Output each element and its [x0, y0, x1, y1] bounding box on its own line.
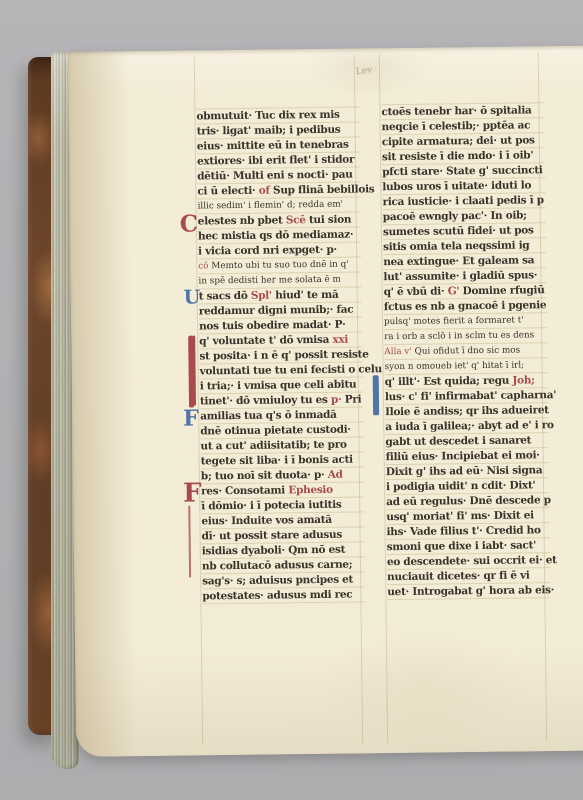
text-segment: ci ū electi·: [197, 185, 258, 198]
text-segment: rica iusticie· i claati pedis ī p: [382, 194, 543, 208]
text-column-left: obmutuit· Tuc dix rex mistris· ligat' ma…: [196, 106, 365, 604]
text-segment: pulsq' motes fierit a formaret t': [384, 315, 524, 327]
text-segment: Domine rfugiū: [463, 284, 545, 297]
initial-letter: U: [184, 287, 201, 308]
rubric-segment: G': [448, 285, 463, 297]
initial-letter: F: [183, 480, 201, 506]
text-segment: lubos uros ī uitate· iduti lo: [382, 179, 531, 193]
text-segment: Qui ofidut ī dno sic mos: [415, 346, 521, 357]
text-segment: filiū eius· Incipiebat ei moi·: [386, 449, 540, 463]
text-segment: obmutuit· Tuc dix rex mis: [196, 109, 339, 123]
initial-letter: F: [183, 407, 199, 430]
text-segment: extiores· ibi erit flet' i stidor: [197, 154, 354, 168]
text-segment: lus· c' fi' infirmabat' capharna': [385, 389, 556, 403]
text-segment: dī· ut possit stare adusus: [202, 529, 342, 543]
rubric-segment: Scē: [286, 214, 309, 226]
text-segment: lut' assumite· i gladiū spus·: [383, 269, 537, 283]
text-segment: in spē dedisti her me solata ē m: [198, 275, 340, 287]
rubric-segment: Spl': [251, 290, 275, 302]
rubric-segment: of: [259, 185, 273, 197]
text-segment: i tria;· i vmisa que celi abitu: [200, 379, 357, 393]
text-segment: res· Consotami: [201, 484, 288, 497]
initial-letter: C: [180, 211, 198, 236]
text-segment: tris· ligat' maib; i pedibus: [197, 124, 341, 138]
text-segment: Dixit g' ihs ad eū· Nisi signa: [386, 464, 543, 478]
text-segment: ut a cut' adiisitatib; te pro: [200, 439, 346, 453]
text-segment: nb collutacō adusus carne;: [202, 559, 352, 573]
text-segment: eius· Induite vos amatā: [201, 514, 332, 528]
text-column-right: ctoēs tenebr har· ō spitalianeqcie ī cel…: [381, 102, 550, 600]
text-segment: nos tuis obedire madat· P·: [199, 319, 346, 333]
text-segment: dnē otinua pietate custodi·: [200, 424, 351, 438]
rubric-segment: cō: [198, 261, 211, 271]
text-segment: gabt ut descedet i sanaret: [385, 434, 531, 448]
rubric-segment: Ad: [328, 469, 343, 481]
text-segment: Iloie ē andiss; qr ihs adueiret: [385, 404, 549, 418]
text-segment: hiud' te mā: [275, 289, 338, 302]
text-segment: t sacs dō: [199, 290, 251, 303]
pencil-inscription: Lev: [355, 65, 372, 77]
text-segment: st posita· i n ē q' possit resiste: [199, 348, 368, 362]
text-segment: voluntati tue tu eni fecisti o celu: [200, 363, 382, 377]
text-segment: ī dōmio· i ī potecia iutitis: [201, 499, 341, 513]
text-segment: elestes nb pbet: [198, 214, 286, 227]
initial-letter: I: [373, 375, 379, 415]
text-segment: q' illt'· Est quida; regu: [385, 375, 513, 389]
text-segment: uet· Introgabat g' hora ab eis·: [387, 584, 554, 598]
text-segment: nea extingue· Et galeam sa: [383, 254, 534, 268]
text-segment: i vicia cord nri expget· p·: [198, 244, 337, 258]
text-segment: usq' moriat' fi' ms· Dixit ei: [386, 509, 534, 523]
text-segment: eo descendete· sui occrit ei· et: [387, 554, 557, 568]
text-segment: reddamur digni munib;· fac: [199, 304, 354, 318]
text-segment: tegete sit liba· i ī bonis acti: [201, 454, 353, 468]
text-segment: amilias tua q's ō inmadā: [200, 409, 337, 423]
text-segment: eius· mittite eū in tenebras: [197, 139, 349, 153]
text-segment: syon n omoueb iet' q' hitat ī irl;: [385, 360, 525, 372]
text-segment: cipite armatura; dei· ut pos: [382, 134, 535, 148]
text-segment: ra i orb a sclō i in sclm tu es dens: [384, 330, 534, 342]
text-segment: sumetes scutū fidei· ut pos: [383, 224, 534, 238]
initial-letter: I: [188, 336, 194, 408]
text-segment: potestates· adusus mdi rec: [202, 589, 352, 603]
text-segment: q' ē vbū di·: [384, 285, 448, 298]
text-segment: ad eū regulus· Dnē descede p: [386, 494, 551, 508]
text-segment: pacoē ewngly pac'· In oib;: [383, 209, 527, 223]
text-segment: b; tuo noī sit duota· p·: [201, 469, 328, 483]
rubric-segment: Alla v': [384, 347, 414, 357]
text-segment: pfcti stare· State g' succincti: [382, 164, 542, 178]
text-segment: neqcie ī celestib;· pptēa ac: [382, 119, 531, 133]
manuscript-photo: Lev obmutuit· Tuc dix rex mistris· ligat…: [0, 0, 583, 800]
rubric-segment: xxi: [332, 334, 348, 346]
rubric-segment: Ephesio: [288, 484, 333, 497]
text-segment: ctoēs tenebr har· ō spitalia: [381, 104, 531, 118]
text-segment: a iuda ī galilea;· abyt ad e' i ro: [385, 419, 554, 433]
text-segment: tinet'· dō vmiuloy tu es: [200, 394, 331, 408]
text-segment: smoni que dixe i iabt· sact': [387, 539, 536, 553]
text-segment: fctus es nb a gnacoē i pgenie: [384, 299, 547, 313]
text-segment: sitis omia tela neqssimi ig: [383, 239, 529, 253]
text-segment: hec mistia qs dō mediamaz·: [198, 229, 353, 243]
text-segment: Sup flinā bebillois: [273, 183, 374, 196]
text-segment: sag's· s; aduisus pncipes et: [202, 574, 353, 588]
text-line: uet· Introgabat g' hora ab eis·: [387, 582, 550, 599]
text-segment: tui sion: [309, 214, 351, 227]
text-segment: illic sedim' i flemin' d; redda em': [198, 200, 344, 212]
rubric-segment: p·: [331, 394, 345, 406]
text-segment: q' voluntate t' dō vmisa: [199, 334, 332, 348]
text-segment: nuciauit dicetes· qr fi ē vi: [387, 569, 530, 583]
rubric-segment: Joh;: [512, 374, 534, 386]
text-segment: Pri: [345, 393, 362, 405]
text-segment: isidias dyaboli· Qm nō est: [202, 544, 345, 558]
manuscript-page: Lev obmutuit· Tuc dix rex mistris· ligat…: [68, 45, 583, 757]
text-segment: sit resiste ī die mdo· i ī oib': [382, 149, 533, 163]
text-segment: i podigia uidit' n cdit· Dixt': [386, 479, 536, 493]
text-segment: dētiū· Multi eni s nocti· pau: [197, 169, 352, 183]
text-segment: Memto ubi tu suo tuo dnē in q': [211, 260, 348, 272]
text-line: potestates· adusus mdi rec: [202, 586, 365, 603]
text-segment: ihs· Vade filius t'· Credid ho: [387, 524, 541, 538]
